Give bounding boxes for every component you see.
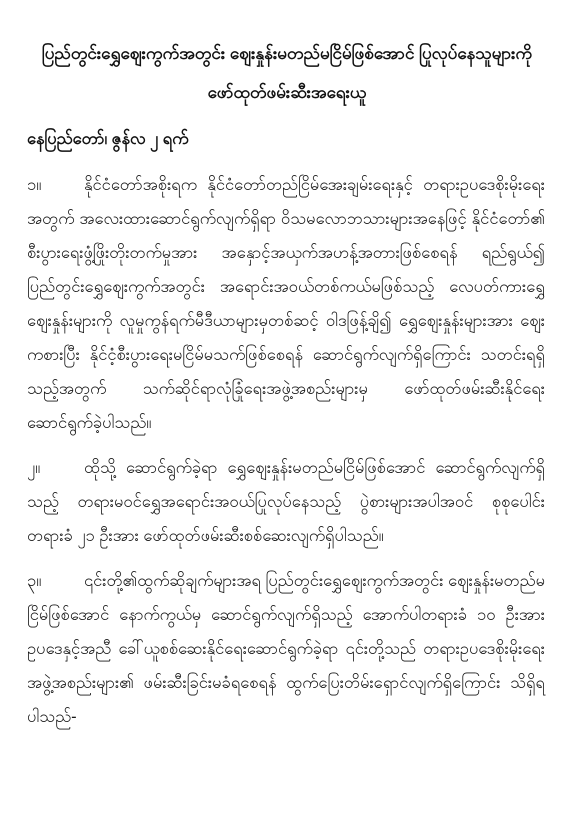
dateline: နေပြည်တော်၊ ဇွန်လ ၂ ရက်	[27, 124, 545, 154]
paragraph-1-number: ၁။	[27, 168, 84, 202]
document-page: ပြည်တွင်းရွှေဈေးကွက်အတွင်း ဈေးနှုန်းမတည်…	[0, 0, 570, 828]
paragraph-3-text: ၎င်းတို့၏ထွက်ဆိုချက်များအရ ပြည်တွင်းရွှေ…	[27, 572, 545, 726]
paragraph-2: ၂။ထိုသို့ ဆောင်ရွက်ခဲ့ရာ ရွှေဈေးနှုန်းမတ…	[27, 451, 545, 553]
paragraph-2-text: ထိုသို့ ဆောင်ရွက်ခဲ့ရာ ရွှေဈေးနှုန်းမတည်…	[27, 459, 545, 545]
paragraph-3: ၃။၎င်းတို့၏ထွက်ဆိုချက်များအရ ပြည်တွင်းရွ…	[27, 564, 545, 734]
document-title: ပြည်တွင်းရွှေဈေးကွက်အတွင်း ဈေးနှုန်းမတည်…	[33, 34, 541, 112]
paragraph-1: ၁။နိုင်ငံတော်အစိုးရက နိုင်ငံတော်တည်ငြိမ်…	[27, 168, 545, 440]
paragraph-2-number: ၂။	[27, 451, 84, 485]
paragraph-1-text: နိုင်ငံတော်အစိုးရက နိုင်ငံတော်တည်ငြိမ်အေ…	[27, 176, 545, 432]
paragraph-3-number: ၃။	[27, 564, 84, 598]
